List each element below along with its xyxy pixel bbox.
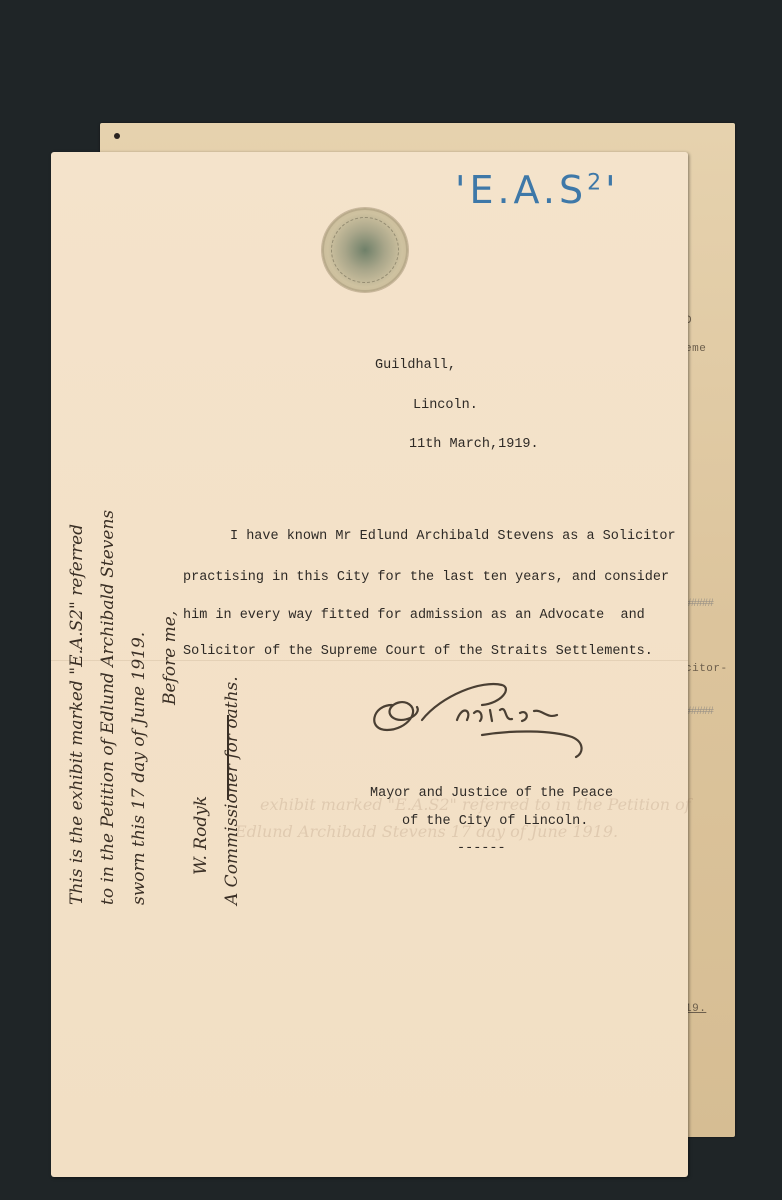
signature: C. Parker [362, 675, 592, 760]
body-line-2: practising in this City for the last ten… [183, 570, 669, 585]
embossed-seal [322, 208, 408, 292]
commissioner-underline [227, 715, 229, 800]
back-fragment: 19. [685, 1003, 706, 1015]
bleed-through-text: Edlund Archibald Stevens 17 day of June … [235, 822, 618, 841]
margin-certification-note: This is the exhibit marked "E.A.S2" refe… [62, 510, 248, 905]
struck-text: ##### [685, 598, 713, 610]
note-line: A Commissioner for oaths. [217, 510, 248, 905]
back-fragment: eme [685, 343, 706, 355]
note-line: W. Rodyk [186, 510, 217, 905]
note-line: Before me, [155, 510, 186, 905]
body-line-4: Solicitor of the Supreme Court of the St… [183, 644, 653, 659]
note-line: to in the Petition of Edlund Archibald S… [93, 510, 124, 905]
punch-hole [114, 133, 120, 139]
body-line-3: him in every way fitted for admission as… [183, 608, 645, 623]
note-line: sworn this 17 day of June 1919. [124, 510, 155, 905]
struck-text: ##### [685, 706, 713, 718]
address-line-2: Lincoln. [413, 398, 478, 413]
note-line: This is the exhibit marked "E.A.S2" refe… [62, 510, 93, 905]
exhibit-mark: 'E.A.S2' [455, 168, 620, 212]
body-line-1: I have known Mr Edlund Archibald Stevens… [230, 529, 676, 544]
back-fragment: citor- [685, 663, 728, 675]
letter-date: 11th March,1919. [409, 437, 539, 452]
address-line-1: Guildhall, [375, 358, 456, 373]
signature-rule: ------ [457, 841, 506, 856]
bleed-through-text: exhibit marked "E.A.S2" referred to in t… [260, 795, 691, 814]
